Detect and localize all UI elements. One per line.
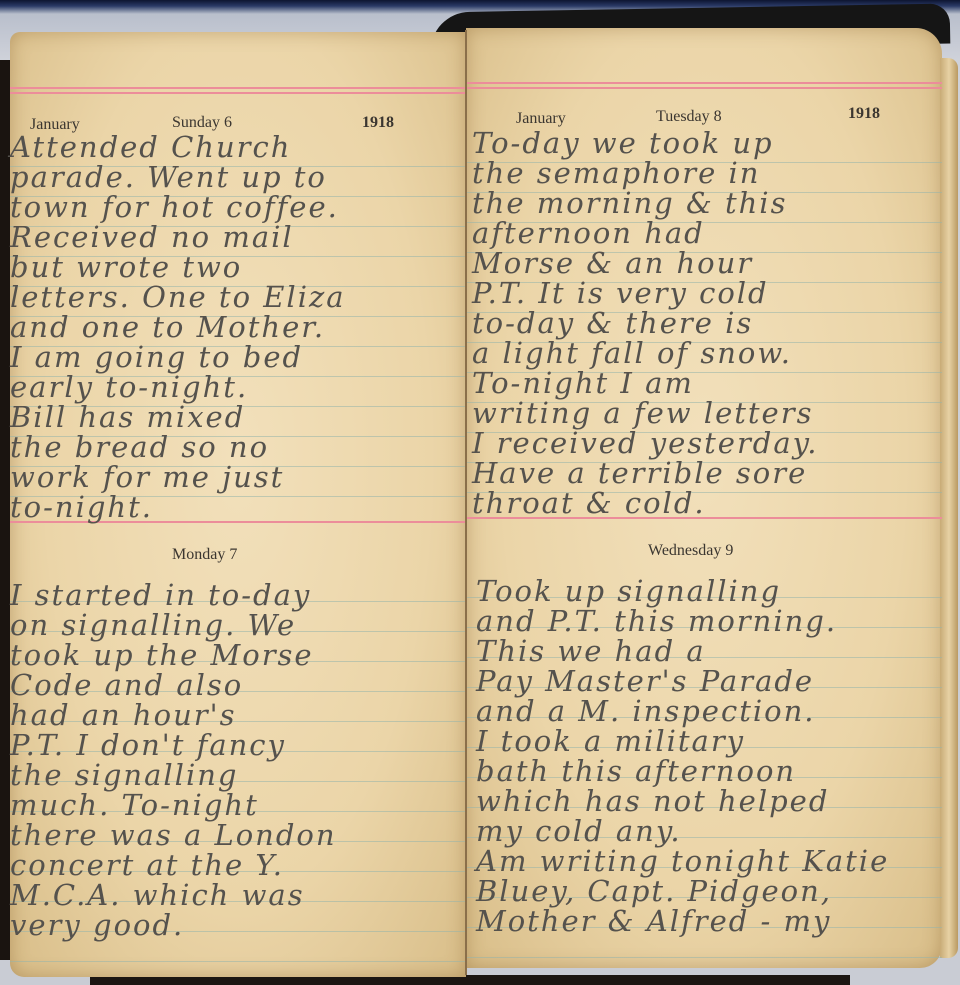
red-rule-top (10, 92, 466, 94)
entry-line: the morning & this (472, 188, 818, 218)
entry-line: Morse & an hour (472, 248, 818, 278)
book-spine (465, 30, 467, 975)
entry-line: M.C.A. which was (10, 880, 337, 910)
entry-line: writing a few letters (472, 398, 818, 428)
diary-page-right: January Tuesday 8 1918 To-day we took up… (466, 28, 942, 968)
entry-line: I am going to bed (10, 342, 346, 372)
diary-entry-tuesday: To-day we took up the semaphore in the m… (472, 128, 818, 518)
entry-line: P.T. It is very cold (472, 278, 818, 308)
entry-line: early to-night. (10, 372, 346, 402)
entry-line: Received no mail (10, 222, 346, 252)
entry-line: which has not helped (476, 786, 889, 816)
diary-entry-wednesday: Took up signalling and P.T. this morning… (476, 576, 889, 936)
entry-line: much. To-night (10, 790, 337, 820)
header-year: 1918 (362, 114, 394, 132)
entry-line: to-night. (10, 492, 346, 522)
entry-line: took up the Morse (10, 640, 337, 670)
entry-line: town for hot coffee. (10, 192, 346, 222)
entry-line: there was a London (10, 820, 337, 850)
red-rule-top (466, 87, 942, 89)
entry-line: Attended Church (10, 132, 346, 162)
entry-line: Bill has mixed (10, 402, 346, 432)
diary-entry-sunday: Attended Church parade. Went up to town … (10, 132, 346, 522)
entry-line: Code and also (10, 670, 337, 700)
header-day: Tuesday 8 (656, 108, 722, 126)
entry-line: afternoon had (472, 218, 818, 248)
diary-entry-monday: I started in to-day on signalling. We to… (10, 580, 337, 940)
entry-line: I started in to-day (10, 580, 337, 610)
entry-line: bath this afternoon (476, 756, 889, 786)
entry-line: This we had a (476, 636, 889, 666)
entry-line: to-day & there is (472, 308, 818, 338)
header-day: Monday 7 (172, 546, 237, 564)
entry-line: I received yesterday. (472, 428, 818, 458)
entry-line: P.T. I don't fancy (10, 730, 337, 760)
entry-line: throat & cold. (472, 488, 818, 518)
entry-line: work for me just (10, 462, 346, 492)
entry-line: parade. Went up to (10, 162, 346, 192)
red-rule-top (466, 82, 942, 84)
red-rule-top (10, 87, 466, 89)
entry-line: but wrote two (10, 252, 346, 282)
entry-line: very good. (10, 910, 337, 940)
diary-page-left: January Sunday 6 1918 Attended Church pa… (10, 32, 466, 977)
entry-line: the signalling (10, 760, 337, 790)
entry-line: concert at the Y. (10, 850, 337, 880)
entry-line: and a M. inspection. (476, 696, 889, 726)
header-day: Wednesday 9 (648, 542, 733, 560)
entry-line: and one to Mother. (10, 312, 346, 342)
entry-line: Am writing tonight Katie (476, 846, 889, 876)
entry-line: To-day we took up (472, 128, 818, 158)
entry-line: letters. One to Eliza (10, 282, 346, 312)
entry-line: the semaphore in (472, 158, 818, 188)
header-year: 1918 (848, 105, 880, 123)
entry-line: Took up signalling (476, 576, 889, 606)
entry-line: the bread so no (10, 432, 346, 462)
entry-line: my cold any. (476, 816, 889, 846)
entry-line: had an hour's (10, 700, 337, 730)
entry-line: I took a military (476, 726, 889, 756)
entry-line: on signalling. We (10, 610, 337, 640)
entry-line: Pay Master's Parade (476, 666, 889, 696)
entry-line: and P.T. this morning. (476, 606, 889, 636)
entry-line: Have a terrible sore (472, 458, 818, 488)
page-edges (940, 58, 958, 958)
entry-line: Mother & Alfred - my (476, 906, 889, 936)
entry-line: a light fall of snow. (472, 338, 818, 368)
entry-line: To-night I am (472, 368, 818, 398)
entry-line: Bluey, Capt. Pidgeon, (476, 876, 889, 906)
